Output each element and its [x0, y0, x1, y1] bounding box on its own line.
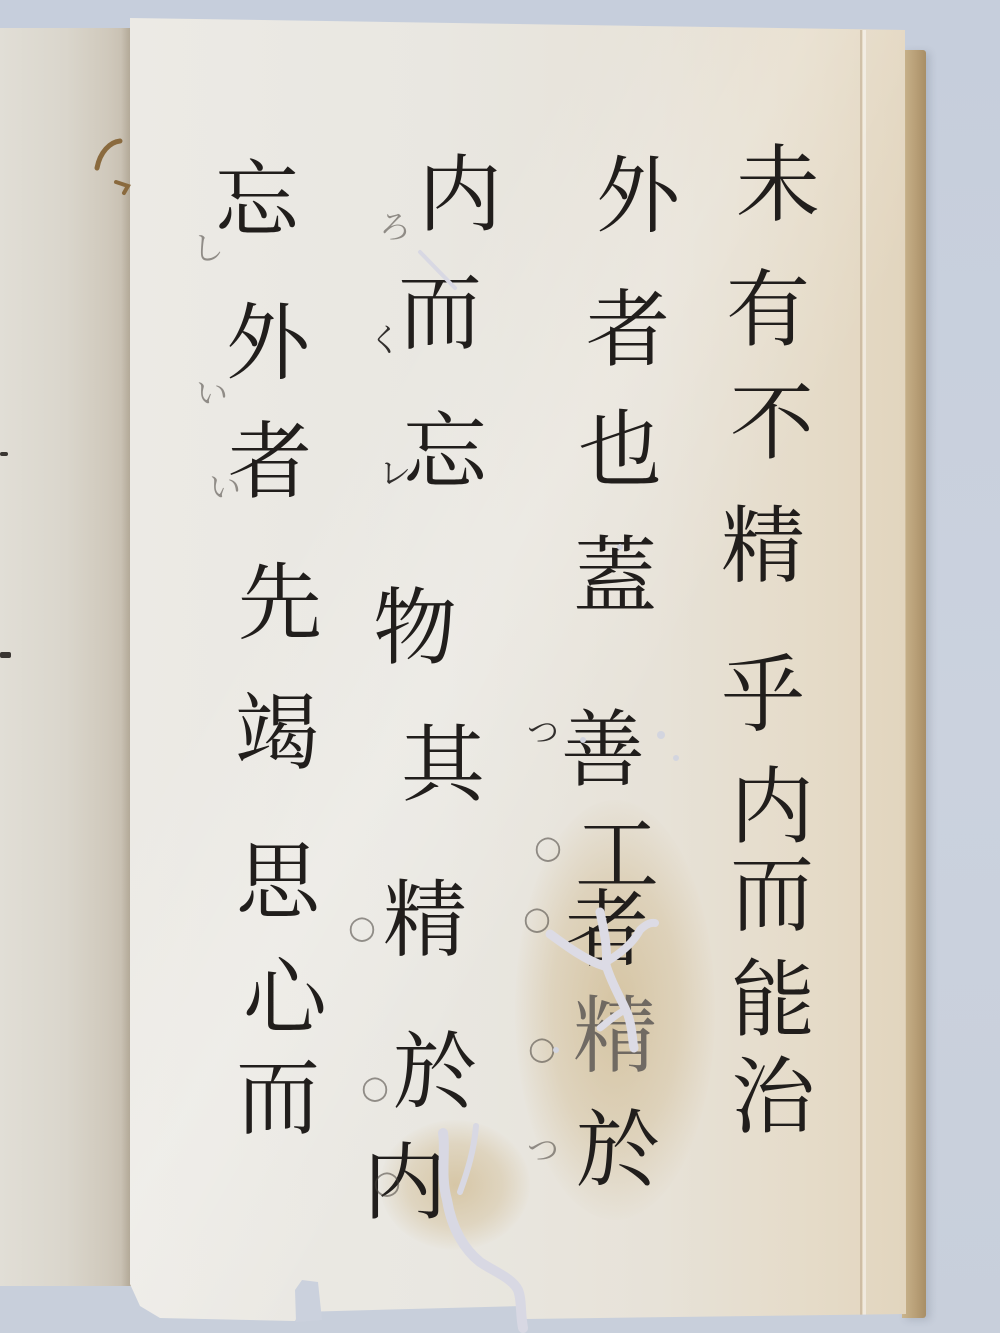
character: 乎 — [717, 645, 809, 745]
character: 外 — [222, 293, 314, 393]
reading-mark: ○ — [344, 907, 380, 947]
gutter-shadow — [121, 28, 131, 1286]
character: 内 — [414, 145, 506, 245]
reading-mark: つ — [525, 712, 561, 752]
character: 其 — [397, 715, 489, 815]
reading-mark: ○ — [524, 1028, 560, 1068]
reading-mark: い — [207, 467, 243, 507]
reading-mark: ろ — [377, 207, 413, 247]
page-fold-line — [860, 30, 862, 1315]
ink-fragment — [0, 652, 11, 658]
character: 不 — [726, 373, 818, 473]
character: 有 — [722, 260, 814, 360]
character: 先 — [234, 553, 326, 653]
reading-mark: ○ — [519, 898, 555, 938]
character: 竭 — [231, 683, 323, 783]
reading-mark: ○ — [369, 1162, 405, 1202]
character: 也 — [574, 400, 666, 500]
character: 於 — [572, 1100, 664, 1200]
character: 能 — [727, 950, 819, 1050]
reading-mark: レ — [377, 453, 413, 493]
character: 治 — [727, 1047, 819, 1147]
character: 未 — [732, 135, 824, 235]
character: 思 — [232, 832, 324, 932]
character: 而 — [394, 263, 486, 363]
character: 蓋 — [569, 526, 661, 626]
character: 善 — [557, 700, 649, 800]
reading-mark: し — [190, 228, 226, 268]
character: 精 — [379, 870, 471, 970]
reading-mark: つ — [525, 1130, 561, 1170]
page-fold-highlight — [863, 30, 866, 1315]
left-facing-page — [0, 28, 131, 1286]
reading-mark: ○ — [530, 827, 566, 867]
character: 内 — [726, 757, 818, 857]
reading-mark: い — [194, 373, 230, 413]
character: 於 — [389, 1022, 481, 1122]
character: 心 — [239, 948, 331, 1048]
character: 外 — [592, 146, 684, 246]
character: 而 — [232, 1048, 324, 1148]
character: 者 — [582, 280, 674, 380]
character: 精 — [717, 496, 809, 596]
character: 者 — [561, 880, 653, 980]
ink-fragment — [0, 452, 8, 456]
reading-mark: く — [367, 320, 403, 360]
reading-mark: ○ — [357, 1067, 393, 1107]
character: 而 — [726, 845, 818, 945]
character: 精 — [569, 986, 661, 1086]
character: 物 — [369, 578, 461, 678]
